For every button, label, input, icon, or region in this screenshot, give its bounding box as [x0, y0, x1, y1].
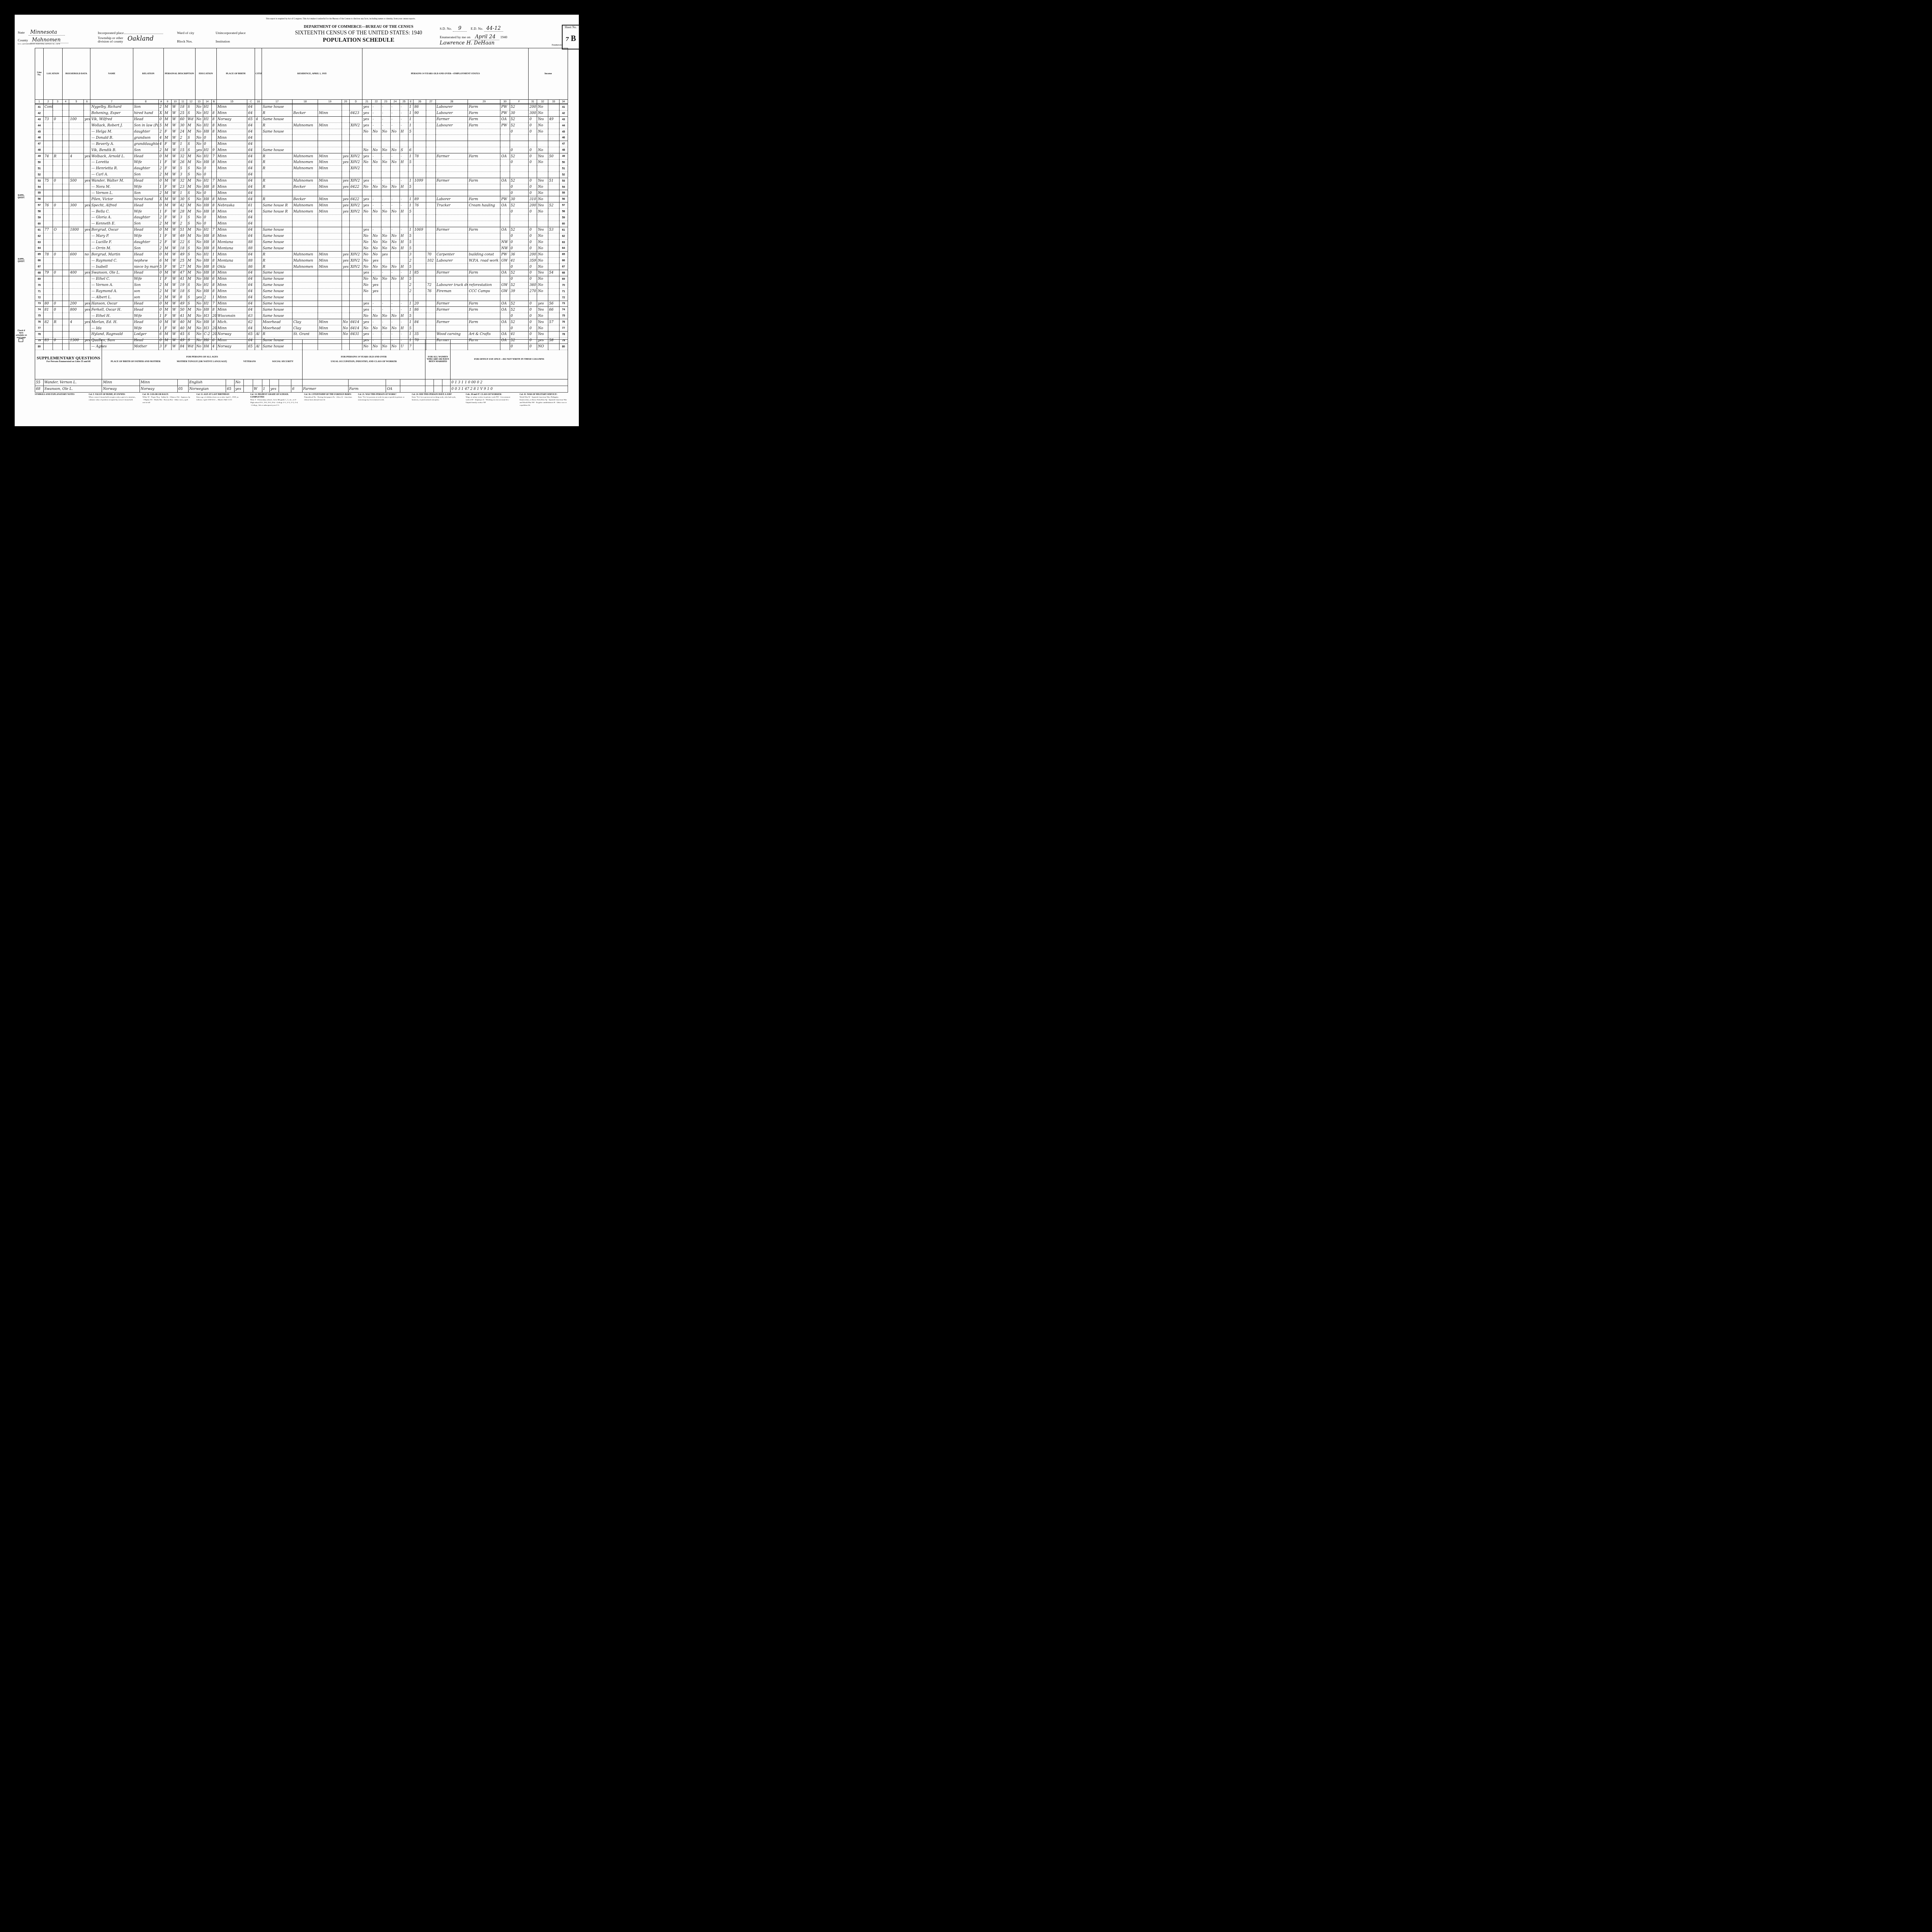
cell-onfarm	[342, 239, 350, 245]
cell-oth: No	[537, 129, 548, 135]
cell-work: yes	[362, 307, 371, 313]
cell-name: Nygelby, Richard	[90, 104, 133, 110]
cell-hours	[413, 190, 426, 196]
cell-race: W	[171, 110, 179, 116]
suppl-cell-occ: Farmer	[302, 386, 348, 393]
cell-relation: daughter	[133, 165, 158, 172]
cell-grade: H1	[203, 301, 211, 307]
cell-code: 2	[158, 147, 163, 153]
cell-onfarm: No	[342, 331, 350, 337]
cell-race: W	[171, 264, 179, 270]
cell-ln2: 78	[559, 331, 568, 337]
cell-c22: -	[372, 331, 381, 337]
cell-farm	[83, 331, 90, 337]
cell-ecode	[211, 172, 216, 178]
note-block: Col. 5. VALUE OF HOME, IF OWNED:Where ow…	[88, 393, 137, 422]
cell-inc: 0	[529, 147, 537, 153]
cell-ind	[468, 172, 500, 178]
cell-code: 2	[158, 239, 163, 245]
cell-name: — Gloria A.	[90, 215, 133, 221]
cell-sex: M	[164, 153, 172, 160]
cell-hh: O	[53, 227, 62, 233]
cell-hours	[413, 282, 426, 288]
cell-race: W	[171, 245, 179, 252]
cell-inc: 0	[529, 160, 537, 166]
cell-code: X	[158, 110, 163, 116]
cell-c24: No	[390, 209, 400, 215]
cell-onfarm	[342, 301, 350, 307]
cell-farmno: 50	[548, 153, 560, 160]
cell-occ	[435, 264, 468, 270]
cell-ln2: 73	[559, 301, 568, 307]
cell-name: — Bella C.	[90, 209, 133, 215]
cell-occ	[435, 135, 468, 141]
cell-occ	[435, 147, 468, 153]
cell-farm	[83, 129, 90, 135]
cell-c24	[390, 294, 400, 301]
cell-hours: 84	[413, 319, 426, 325]
suppl-cell-ind: Farm	[348, 386, 386, 393]
cell-ind: CCC Camps	[468, 288, 500, 294]
cell-occ: Trucker	[435, 202, 468, 209]
cell-c22	[372, 215, 381, 221]
cell-name: — Ethel H.	[90, 313, 133, 319]
cell-code: 2	[158, 282, 163, 288]
cell-sex: M	[164, 196, 172, 202]
cell-hours	[413, 147, 426, 153]
column-number: 3	[53, 100, 62, 104]
cell-oth: Yes	[537, 270, 548, 276]
cell-city: Same house	[262, 233, 292, 239]
cell-county	[293, 288, 318, 294]
cell-line: 54	[35, 184, 44, 190]
cell-school: No	[195, 215, 203, 221]
cell-ecode: 20	[211, 325, 216, 332]
cell-c25	[400, 165, 408, 172]
cell-inc	[529, 165, 537, 172]
department-title: DEPARTMENT OF COMMERCE—BUREAU OF THE CEN…	[301, 25, 417, 29]
column-number: D	[349, 100, 362, 104]
cell-c25: -	[400, 122, 408, 129]
cell-c24: No	[390, 245, 400, 252]
cell-dwell	[44, 215, 53, 221]
cell-birthplace: Minn	[216, 190, 247, 196]
cell-dwell	[44, 258, 53, 264]
cell-code: 1	[158, 313, 163, 319]
cell-state	[318, 270, 342, 276]
cell-ind	[468, 147, 500, 153]
cell-sex: F	[164, 141, 172, 147]
cell-dwell	[44, 245, 53, 252]
cell-birthplace: Minn	[216, 160, 247, 166]
cell-onfarm	[342, 135, 350, 141]
cell-weeks	[426, 141, 435, 147]
cell-occ: Farmer	[435, 153, 468, 160]
cell-inc: 0	[529, 116, 537, 122]
cell-hours	[413, 172, 426, 178]
cell-relation: Lodger	[133, 331, 158, 337]
cell-bcode: 64	[247, 184, 255, 190]
cell-code: 0	[158, 307, 163, 313]
column-number: 17	[262, 100, 292, 104]
cell-work: No	[362, 282, 371, 288]
cell-grade: H8	[203, 270, 211, 276]
cell-c22	[372, 294, 381, 301]
cell-c25: -	[400, 227, 408, 233]
county-label: County	[18, 38, 28, 42]
cell-relation: son	[133, 294, 158, 301]
suppl-quest-label-55: SUPPL. QUEST.	[17, 194, 26, 199]
cell-age: 47	[179, 270, 187, 276]
cell-name: Bohening, Esper	[90, 110, 133, 116]
cell-oth: No	[537, 196, 548, 202]
cell-marital: S	[187, 294, 195, 301]
cell-occ: Farmer	[435, 319, 468, 325]
supplementary-subtitle: For Persons Enumerated on Lines 55 and 6…	[36, 361, 101, 363]
cell-ecode	[211, 135, 216, 141]
cell-birthplace: Minn	[216, 301, 247, 307]
cell-occ	[435, 190, 468, 196]
cell-oth: No	[537, 313, 548, 319]
cell-ecode: 8	[211, 233, 216, 239]
suppl-cell-father: Norway	[102, 386, 140, 393]
cell-code: 5	[158, 122, 163, 129]
cell-weeks	[426, 196, 435, 202]
cell-birthplace: Minn	[216, 147, 247, 153]
cell-marital: M	[187, 227, 195, 233]
cell-c22: -	[372, 270, 381, 276]
cell-work	[362, 141, 371, 147]
cell-weeks	[426, 110, 435, 116]
cell-own	[62, 276, 69, 282]
cell-relation: Son	[133, 221, 158, 227]
cell-farm	[83, 313, 90, 319]
cell-own	[62, 294, 69, 301]
cell-c24: -	[390, 110, 400, 116]
suppl-cell-ss42: yes	[270, 386, 279, 393]
cell-sex: M	[164, 301, 172, 307]
col-line: Line No.	[35, 48, 44, 100]
table-row: 41Cont.Nygelby, RichardSon2MW18SNoH1Minn…	[35, 104, 568, 110]
cell-ind: Cream hauling	[468, 202, 500, 209]
cell-c24	[390, 141, 400, 147]
cell-bcode: 64	[247, 178, 255, 184]
cell-inc: 0	[529, 184, 537, 190]
cell-school: No	[195, 288, 203, 294]
column-number: 13	[195, 100, 203, 104]
cell-onfarm	[342, 270, 350, 276]
cell-code: 2	[158, 294, 163, 301]
cell-city: Same house	[262, 307, 292, 313]
cell-farm	[83, 172, 90, 178]
cell-bcode: 64	[247, 221, 255, 227]
suppl-cell-blank	[442, 386, 451, 393]
cell-c25: H	[400, 209, 408, 215]
suppl-cell-blank	[400, 379, 425, 386]
cell-dwell: 78	[44, 252, 53, 258]
cell-oth: No	[537, 276, 548, 282]
cell-farm	[83, 190, 90, 196]
note-block: Col. 41. WAR OF MILITARY SERVICE:World W…	[520, 393, 568, 422]
cell-c24	[390, 135, 400, 141]
cell-work: yes	[362, 178, 371, 184]
cell-farm: yes	[83, 153, 90, 160]
cell-inc: 0	[529, 239, 537, 245]
cell-onfarm	[342, 215, 350, 221]
cell-race: W	[171, 141, 179, 147]
cell-grade: C-2	[203, 331, 211, 337]
cell-age: 40	[179, 325, 187, 332]
cell-c24: No	[390, 325, 400, 332]
cell-state	[318, 227, 342, 233]
cell-c23: -	[381, 110, 390, 116]
cell-c24: -	[390, 202, 400, 209]
cell-c24: -	[390, 104, 400, 110]
cell-marital: M	[187, 270, 195, 276]
cell-c23	[381, 215, 390, 221]
cell-marital: M	[187, 129, 195, 135]
cell-ecd	[408, 135, 413, 141]
cell-ecode: 7	[211, 178, 216, 184]
cell-value: 4	[69, 153, 84, 160]
cell-marital: S	[187, 165, 195, 172]
cell-oth: No	[537, 104, 548, 110]
note-block: Col. 11. AGE AT LAST BIRTHDAY:Enter age …	[196, 393, 245, 422]
cell-cit	[255, 184, 262, 190]
cell-own	[62, 307, 69, 313]
cell-ln2: 67	[559, 264, 568, 270]
cell-c23: -	[381, 116, 390, 122]
cell-birthplace: Minn	[216, 165, 247, 172]
cell-cit	[255, 190, 262, 196]
cell-hours: 35	[413, 331, 426, 337]
cell-relation: Son	[133, 147, 158, 153]
state-label: State	[18, 31, 25, 34]
cell-occ	[435, 160, 468, 166]
cell-c24	[390, 282, 400, 288]
cell-line: 59	[35, 215, 44, 221]
cell-birthplace: Minn	[216, 209, 247, 215]
cell-onfarm	[342, 122, 350, 129]
cell-name: Borgrud, Martin	[90, 252, 133, 258]
cell-weeks	[426, 325, 435, 332]
cell-grade: H8	[203, 184, 211, 190]
cell-bcode: 64	[247, 215, 255, 221]
cell-city: R	[262, 153, 292, 160]
cell-ecode: 6	[211, 276, 216, 282]
cell-occ	[435, 239, 468, 245]
cell-code: 0	[158, 270, 163, 276]
cell-hours	[413, 215, 426, 221]
cell-cit	[255, 258, 262, 264]
cell-state: Minn	[318, 122, 342, 129]
cell-value: 4	[69, 319, 84, 325]
cell-sex: F	[164, 325, 172, 332]
cell-inc: 0	[529, 178, 537, 184]
cell-race: W	[171, 196, 179, 202]
cell-value	[69, 196, 84, 202]
cell-occ	[435, 129, 468, 135]
cell-line: 58	[35, 209, 44, 215]
cell-wk	[510, 294, 529, 301]
cell-hours	[413, 276, 426, 282]
cell-grade: 0	[203, 190, 211, 196]
cell-relation: Wife	[133, 160, 158, 166]
cell-hh: 0	[53, 202, 62, 209]
cell-hh	[53, 331, 62, 337]
cell-occ: Farmer	[435, 178, 468, 184]
cell-work: yes	[362, 319, 371, 325]
cell-cls: GW	[500, 282, 510, 288]
cell-relation: granddaughter	[133, 141, 158, 147]
cell-work	[362, 172, 371, 178]
cell-hours	[413, 325, 426, 332]
cell-hh	[53, 282, 62, 288]
cell-farm	[83, 160, 90, 166]
cell-work: No	[362, 276, 371, 282]
table-row: 52— Carl A.Son2MW3SNo06452	[35, 172, 568, 178]
cell-ln2: 61	[559, 227, 568, 233]
cell-relation: Head	[133, 153, 158, 160]
col-household-data: HOUSEHOLD DATA	[62, 48, 90, 100]
cell-code: 1	[158, 209, 163, 215]
incorporated-place-field: Incorporated place	[98, 31, 163, 35]
cell-hh	[53, 165, 62, 172]
cell-dwell	[44, 141, 53, 147]
cell-birthplace: Okla	[216, 264, 247, 270]
cell-relation: niece by marriage	[133, 264, 158, 270]
cell-line: 42	[35, 110, 44, 116]
cell-city: Same house R	[262, 202, 292, 209]
cell-state: Minn	[318, 178, 342, 184]
cell-occ: Labourer	[435, 258, 468, 264]
cell-ecd	[408, 172, 413, 178]
cell-race: W	[171, 160, 179, 166]
col-education: EDUCATION	[195, 48, 216, 100]
table-row: 67— Isabellniece by marriage5FW27MNoH88O…	[35, 264, 568, 270]
col-name: NAME	[90, 48, 133, 100]
sd-label: S.D. No.	[440, 27, 452, 31]
cell-name: — Helga M.	[90, 129, 133, 135]
cell-c25: -	[400, 319, 408, 325]
cell-state	[318, 135, 342, 141]
cell-birthplace: Minn	[216, 184, 247, 190]
enumerated-year: 1940	[500, 35, 507, 39]
cell-c23: No	[381, 184, 390, 190]
enumerated-field: Enumerated by me on April 24 1940	[440, 34, 507, 40]
note-text: Enter age of children born on or after A…	[196, 396, 245, 401]
cell-occ	[435, 294, 468, 301]
cell-own	[62, 245, 69, 252]
table-row: 68790400yesSwanson, Ole L.Head0MW47MNoH8…	[35, 270, 568, 276]
cell-inc: 0	[529, 233, 537, 239]
cell-wk: 0	[510, 313, 529, 319]
cell-farm	[83, 239, 90, 245]
cell-bcode: 64	[247, 141, 255, 147]
cell-race: W	[171, 184, 179, 190]
table-row: 72— Albert L.son2MW8Syes21Minn64Same hou…	[35, 294, 568, 301]
cell-grade: H8	[203, 233, 211, 239]
cell-hours: 85	[413, 270, 426, 276]
population-table: Line No. LOCATION HOUSEHOLD DATA NAME RE…	[35, 48, 568, 350]
cell-race: W	[171, 190, 179, 196]
column-number: 24	[390, 100, 400, 104]
cell-farmno	[548, 110, 560, 116]
cell-cit	[255, 135, 262, 141]
cell-state: Minn	[318, 319, 342, 325]
cell-occ: Farmer	[435, 307, 468, 313]
col-relation: RELATION	[133, 48, 163, 100]
county-field: County Mahnomen	[18, 37, 68, 43]
cell-dwell	[44, 122, 53, 129]
cell-c23	[381, 141, 390, 147]
cell-marital: S	[187, 282, 195, 288]
cell-marital: M	[187, 325, 195, 332]
column-number: 20	[342, 100, 350, 104]
cell-code: 4	[158, 141, 163, 147]
cell-wk: 0	[510, 264, 529, 270]
supplementary-table: SUPPLEMENTARY QUESTIONSFor Persons Enume…	[35, 339, 568, 393]
cell-ecd: 1	[408, 227, 413, 233]
column-number: 29	[468, 100, 500, 104]
cell-state: Minn	[318, 110, 342, 116]
cell-work	[362, 135, 371, 141]
cell-wk: 0	[510, 245, 529, 252]
cell-wk: 41	[510, 258, 529, 264]
cell-c22: -	[372, 307, 381, 313]
column-number: E	[408, 100, 413, 104]
cell-cit: Al	[255, 331, 262, 337]
cell-birthplace: Minn	[216, 153, 247, 160]
cell-value: 1800	[69, 227, 84, 233]
cell-onfarm	[342, 288, 350, 294]
cell-code: X	[158, 196, 163, 202]
table-row: 43730100yesVik, WilfredHead0MW60WdNoH18N…	[35, 116, 568, 122]
cell-school: No	[195, 135, 203, 141]
cell-code: 2	[158, 215, 163, 221]
cell-city: Same house	[262, 239, 292, 245]
cell-farm	[83, 264, 90, 270]
cell-race: W	[171, 178, 179, 184]
cell-cls	[500, 294, 510, 301]
cell-c25: -	[400, 178, 408, 184]
cell-line: 41	[35, 104, 44, 110]
cell-work: No	[362, 184, 371, 190]
cell-c24: -	[390, 116, 400, 122]
cell-weeks	[426, 319, 435, 325]
cell-state	[318, 129, 342, 135]
cell-ln2: 50	[559, 160, 568, 166]
cell-farm	[83, 122, 90, 129]
cell-rcode: X0V2	[349, 122, 362, 129]
cell-age: 41	[179, 313, 187, 319]
cell-hours	[413, 233, 426, 239]
cell-occ	[435, 233, 468, 239]
farm-schedule-checkbox[interactable]	[19, 338, 23, 342]
cell-occ	[435, 313, 468, 319]
suppl-cell-occ	[302, 379, 348, 386]
cell-state: Minn	[318, 184, 342, 190]
cell-own	[62, 209, 69, 215]
cell-c24: No	[390, 160, 400, 166]
cell-ln2: 51	[559, 165, 568, 172]
cell-occ	[435, 172, 468, 178]
cell-value	[69, 282, 84, 288]
cell-c24: -	[390, 319, 400, 325]
cell-weeks: 72	[426, 282, 435, 288]
cell-inc	[529, 215, 537, 221]
cell-grade: H1	[203, 110, 211, 116]
